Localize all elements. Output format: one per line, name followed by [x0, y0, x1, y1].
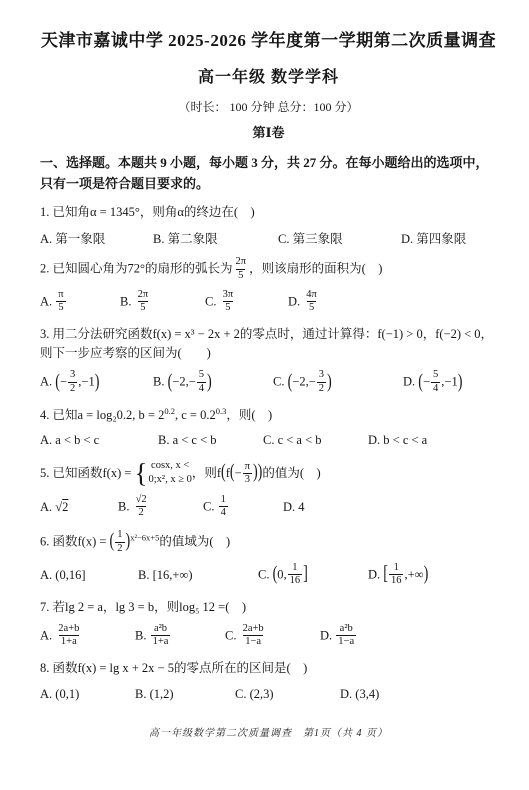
question-3-option-c: C. (−2,−32) — [273, 370, 403, 395]
question-5-option-b: B. √22 — [118, 495, 203, 520]
question-4-options: A. a < b < c B. a < c < b C. c < a < b D… — [40, 432, 497, 450]
exam-subtitle: 高一年级 数学学科 — [40, 64, 497, 87]
question-2-options: A. π5 B. 2π5 C. 3π5 D. 4π5 — [40, 290, 497, 315]
question-3-option-b: B. (−2,−54) — [153, 370, 273, 395]
question-2-option-a: A. π5 — [40, 290, 120, 315]
question-7-options: A. 2a+b1+a B. a²b1+a C. 2a+b1−a D. a²b1−… — [40, 624, 497, 649]
exam-page: 天津市嘉诚中学 2025-2026 学年度第一学期第二次质量调查 高一年级 数学… — [0, 0, 529, 790]
question-8-option-b: B. (1,2) — [135, 687, 235, 702]
question-2-option-c: C. 3π5 — [205, 290, 288, 315]
question-6: 6. 函数f(x) = (12)x²−6x+5的值域为( ) A. (0,16]… — [40, 530, 497, 587]
question-7-option-c: C. 2a+b1−a — [225, 624, 320, 649]
question-8: 8. 函数f(x) = lg x + 2x − 5的零点所在的区间是( ) A.… — [40, 659, 497, 703]
question-2-stem: 2. 已知圆心角为72°的扇形的弧长为2π5，则该扇形的面积为( ) — [40, 257, 497, 282]
question-8-option-d: D. (3,4) — [340, 687, 497, 702]
question-7-option-a: A. 2a+b1+a — [40, 624, 135, 649]
question-1-option-a: A. 第一象限 — [40, 229, 153, 247]
question-1-stem: 1. 已知角α = 1345°，则角α的终边在( ) — [40, 203, 497, 222]
question-1: 1. 已知角α = 1345°，则角α的终边在( ) A. 第一象限 B. 第二… — [40, 203, 497, 247]
question-7-stem: 7. 若lg 2 = a，lg 3 = b，则log₅ 12 =( ) — [40, 598, 497, 617]
question-3-option-d: D. (−54,−1) — [403, 370, 497, 395]
question-4-option-b: B. a < c < b — [158, 433, 263, 448]
question-3-option-a: A. (−32,−1) — [40, 370, 153, 395]
question-5-stem: 5. 已知函数f(x) = {cosx, x < 0;x², x ≥ 0，则f(… — [40, 460, 497, 488]
question-6-option-d: D. [116,+∞) — [368, 563, 497, 588]
question-8-options: A. (0,1) B. (1,2) C. (2,3) D. (3,4) — [40, 686, 497, 704]
question-8-option-c: C. (2,3) — [235, 687, 340, 702]
choice-section-instructions: 一、选择题。本题共 9 小题，每小题 3 分，共 27 分。在每小题给出的选项中… — [40, 152, 497, 194]
question-5-option-c: C. 14 — [203, 495, 283, 520]
question-2-option-d: D. 4π5 — [288, 290, 497, 315]
question-8-option-a: A. (0,1) — [40, 687, 135, 702]
question-7-option-d: D. a²b1−a — [320, 624, 497, 649]
question-1-option-d: D. 第四象限 — [401, 229, 497, 247]
question-4-stem: 4. 已知a = log₂0.2, b = 20.2, c = 0.20.3，则… — [40, 406, 497, 425]
question-3: 3. 用二分法研究函数f(x) = x³ − 2x + 2的零点时，通过计算得：… — [40, 325, 497, 396]
question-1-option-b: B. 第二象限 — [153, 229, 278, 247]
question-6-option-b: B. [16,+∞) — [138, 568, 258, 583]
question-4-option-a: A. a < b < c — [40, 433, 158, 448]
page-footer: 高一年级数学第二次质量调查 第1页（共 4 页） — [40, 724, 497, 739]
question-1-options: A. 第一象限 B. 第二象限 C. 第三象限 D. 第四象限 — [40, 229, 497, 247]
question-6-option-a: A. (0,16] — [40, 568, 138, 583]
exam-duration-score: （时长： 100 分钟 总分：100 分） — [40, 98, 497, 115]
question-5-option-d: D. 4 — [283, 500, 497, 515]
question-6-option-c: C. (0,116] — [258, 563, 368, 588]
section-heading: 第Ⅰ卷 — [40, 122, 497, 141]
question-5: 5. 已知函数f(x) = {cosx, x < 0;x², x ≥ 0，则f(… — [40, 460, 497, 520]
question-8-stem: 8. 函数f(x) = lg x + 2x − 5的零点所在的区间是( ) — [40, 659, 497, 678]
question-3-options: A. (−32,−1) B. (−2,−54) C. (−2,−32) D. (… — [40, 370, 497, 395]
question-5-options: A. √2 B. √22 C. 14 D. 4 — [40, 495, 497, 520]
question-6-options: A. (0,16] B. [16,+∞) C. (0,116] D. [116,… — [40, 563, 497, 588]
exam-title: 天津市嘉诚中学 2025-2026 学年度第一学期第二次质量调查 — [40, 26, 497, 51]
question-1-option-c: C. 第三象限 — [278, 229, 401, 247]
question-3-stem: 3. 用二分法研究函数f(x) = x³ − 2x + 2的零点时，通过计算得：… — [40, 325, 497, 364]
question-6-stem: 6. 函数f(x) = (12)x²−6x+5的值域为( ) — [40, 530, 497, 555]
question-7-option-b: B. a²b1+a — [135, 624, 225, 649]
question-2: 2. 已知圆心角为72°的扇形的弧长为2π5，则该扇形的面积为( ) A. π5… — [40, 257, 497, 314]
question-4: 4. 已知a = log₂0.2, b = 20.2, c = 0.20.3，则… — [40, 406, 497, 450]
question-7: 7. 若lg 2 = a，lg 3 = b，则log₅ 12 =( ) A. 2… — [40, 598, 497, 650]
question-5-option-a: A. √2 — [40, 500, 118, 515]
question-4-option-c: C. c < a < b — [263, 433, 368, 448]
question-2-option-b: B. 2π5 — [120, 290, 205, 315]
question-4-option-d: D. b < c < a — [368, 433, 497, 448]
